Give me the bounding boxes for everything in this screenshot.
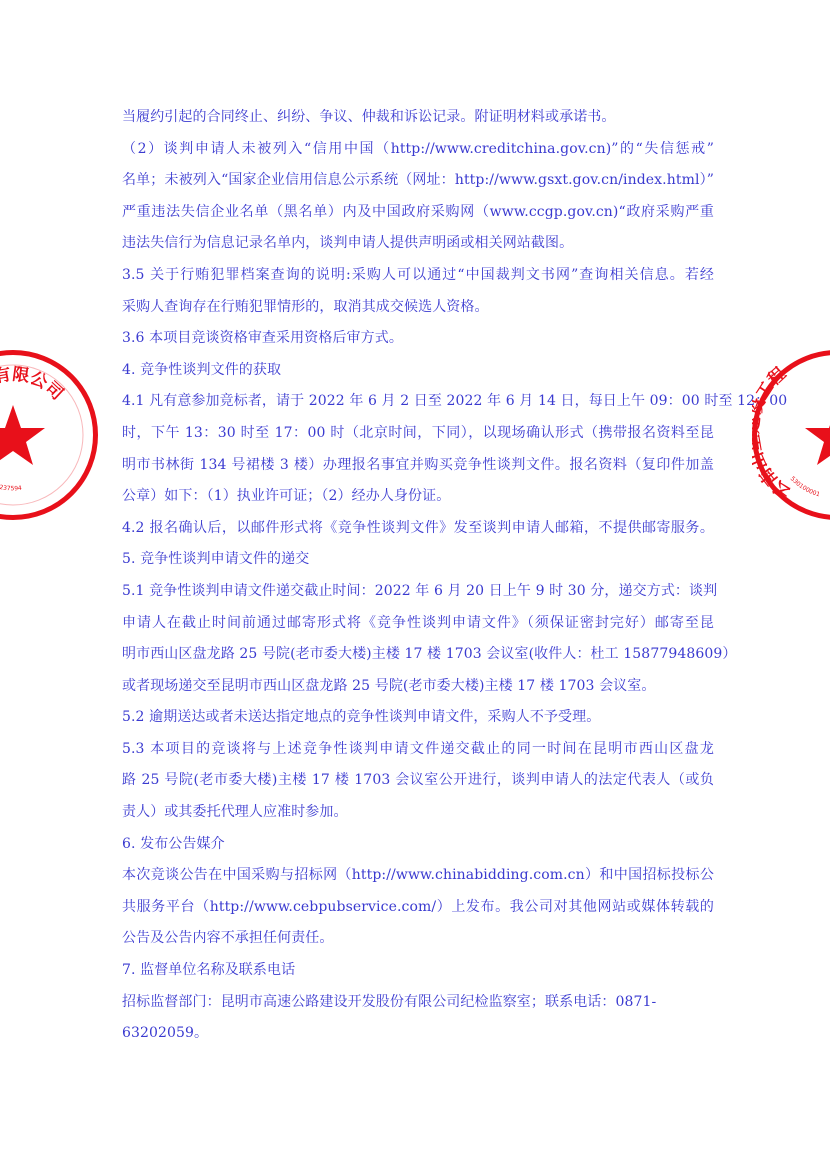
text-line: 严重违法失信企业名单（黑名单）内及中国政府采购网（www.ccgp.gov.cn… xyxy=(122,198,714,230)
text-line: 时，下午 13：30 时至 17：00 时（北京时间，下同），以现场确认形式（携… xyxy=(122,419,714,451)
text-line: 3.5 关于行贿犯罪档案查询的说明:采购人可以通过“中国裁判文书网”查询相关信息… xyxy=(122,261,714,293)
text-line: 5.2 逾期送达或者未送达指定地点的竞争性谈判申请文件，采购人不予受理。 xyxy=(122,703,714,735)
text-line: 招标监督部门：昆明市高速公路建设开发股份有限公司纪检监察室；联系电话：0871- xyxy=(122,988,714,1020)
text-line: （2）谈判申请人未被列入“信用中国（http://www.creditchina… xyxy=(122,135,714,167)
text-line: 本次竞谈公告在中国采购与招标网（http://www.chinabidding.… xyxy=(122,861,714,893)
company-seal-left: 招标咨询有限公司 5300000237594 xyxy=(0,350,98,520)
text-line: 或者现场递交至昆明市西山区盘龙路 25 号院(老市委大楼)主楼 17 楼 170… xyxy=(122,672,714,704)
text-line: 明市书林街 134 号裙楼 3 楼）办理报名事宜并购买竞争性谈判文件。报名资料（… xyxy=(122,451,714,483)
svg-text:云南山重建设工程: 云南山重建设工程 xyxy=(752,363,795,502)
text-line: 公章）如下：（1）执业许可证；（2）经办人身份证。 xyxy=(122,482,714,514)
text-line: 5.3 本项目的竞谈将与上述竞争性谈判申请文件递交截止的同一时间在昆明市西山区盘… xyxy=(122,735,714,767)
svg-text:5300000237594: 5300000237594 xyxy=(0,473,22,492)
seal-text-right: 云南山重建设工程 xyxy=(752,363,795,502)
text-line: 申请人在截止时间前通过邮寄形式将《竞争性谈判申请文件》（须保证密封完好）邮寄至昆 xyxy=(122,609,714,641)
section-heading: 4. 竞争性谈判文件的获取 xyxy=(122,356,714,388)
section-heading: 5. 竞争性谈判申请文件的递交 xyxy=(122,545,714,577)
text-line: 5.1 竞争性谈判申请文件递交截止时间：2022 年 6 月 20 日上午 9 … xyxy=(122,577,714,609)
text-line: 路 25 号院(老市委大楼)主楼 17 楼 1703 会议室公开进行，谈判申请人… xyxy=(122,766,714,798)
text-line: 3.6 本项目竞谈资格审查采用资格后审方式。 xyxy=(122,324,714,356)
section-heading: 7. 监督单位名称及联系电话 xyxy=(122,956,714,988)
text-line: 违法失信行为信息记录名单内，谈判申请人提供声明函或相关网站截图。 xyxy=(122,229,714,261)
text-line: 采购人查询存在行贿犯罪情形的，取消其成交候选人资格。 xyxy=(122,293,714,325)
seal-star-icon: 云南山重建设工程 530100001 xyxy=(752,350,830,520)
text-line: 当履约引起的合同终止、纠纷、争议、仲裁和诉讼记录。附证明材料或承诺书。 xyxy=(122,103,714,135)
seal-star-icon: 招标咨询有限公司 5300000237594 xyxy=(0,350,98,520)
text-line: 4.1 凡有意参加竞标者，请于 2022 年 6 月 2 日至 2022 年 6… xyxy=(122,387,714,419)
text-line: 公告及公告内容不承担任何责任。 xyxy=(122,924,714,956)
company-seal-right: 云南山重建设工程 530100001 xyxy=(752,350,830,520)
document-body: 当履约引起的合同终止、纠纷、争议、仲裁和诉讼记录。附证明材料或承诺书。 （2）谈… xyxy=(122,103,714,1051)
text-line: 63202059。 xyxy=(122,1019,714,1051)
text-line: 明市西山区盘龙路 25 号院(老市委大楼)主楼 17 楼 1703 会议室(收件… xyxy=(122,640,714,672)
text-line: 名单；未被列入“国家企业信用信息公示系统（网址：http://www.gsxt.… xyxy=(122,166,714,198)
text-line: 责人）或其委托代理人应准时参加。 xyxy=(122,798,714,830)
text-line: 4.2 报名确认后，以邮件形式将《竞争性谈判文件》发至谈判申请人邮箱，不提供邮寄… xyxy=(122,514,714,546)
text-line: 共服务平台（http://www.cebpubservice.com/）上发布。… xyxy=(122,893,714,925)
section-heading: 6. 发布公告媒介 xyxy=(122,830,714,862)
